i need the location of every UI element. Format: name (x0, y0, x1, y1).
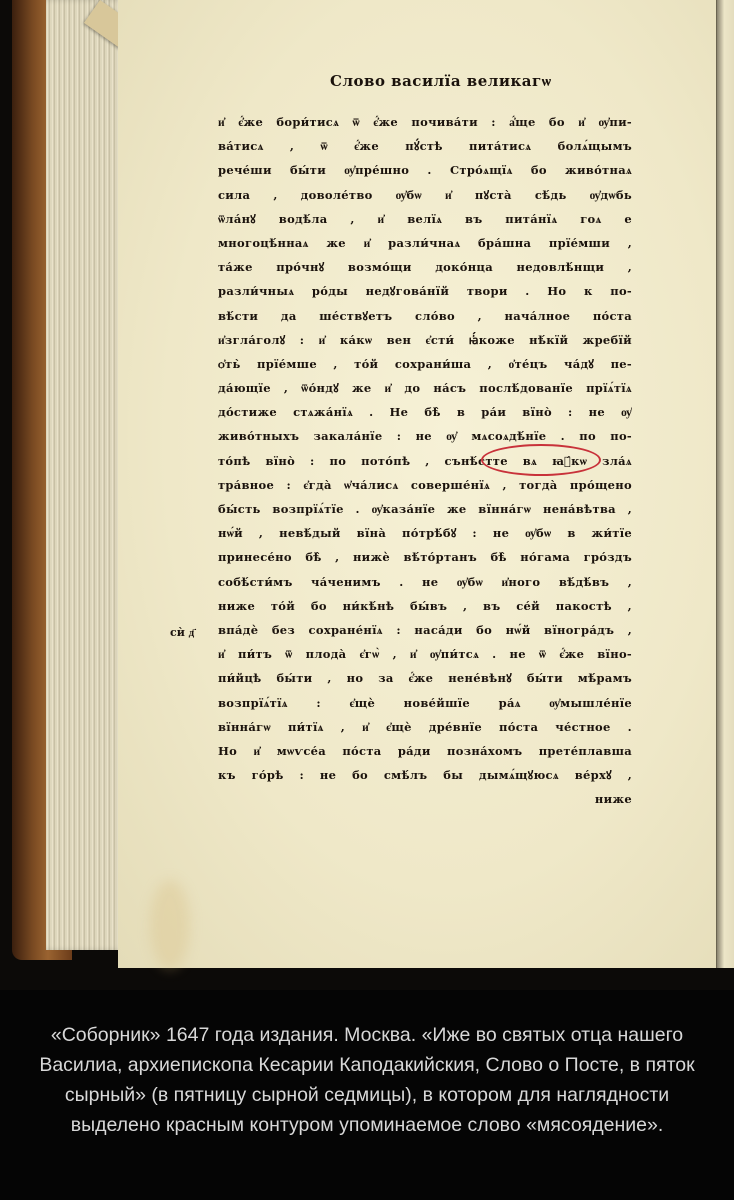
next-page-edge (716, 0, 734, 968)
text-line: до́стиже стѧжа́нїѧ . Не бѣ̀ в ра́и вїно̀… (218, 400, 632, 424)
text-line: впа́дѐ без сохране́нїѧ : наса́ди бо нѡ́й… (218, 618, 632, 642)
text-line: вѣ́сти да ше́ствꙋетъ сло́во , нача́лное … (218, 304, 632, 328)
text-line: бы́сть возпрїѧ́тїе . ѹ҆каза́нїе же вїнна… (218, 497, 632, 521)
page-title: Слово василїа великагѡ (330, 72, 551, 91)
text-line: пи́йцѣ бы́ти , но за є҆́же нене́вѣнꙋ бы́… (218, 666, 632, 690)
text-line: разли́чныѧ ро́ды недꙋгова́нїй твори . Но… (218, 279, 632, 303)
text-line: сила , доволе́тво ѹ҆бѡ и҆ пꙋста̀ сѣ́дь ѹ… (218, 183, 632, 207)
margin-note: сѝ д҃ (170, 626, 194, 639)
text-line: тра́вное : є҆гда̀ ѡ҆ча́лисѧ соверше́нїѧ … (218, 473, 632, 497)
text-line: вїнна́гѡ пи́тїѧ , и҆ є҆щѐ дре́внїе по́ст… (218, 715, 632, 739)
page-stain (150, 880, 190, 970)
text-line: и҆згла́голꙋ : и҆ ка́кѡ вен є҆сти́ ꙗ҆́кож… (218, 328, 632, 352)
caption-bar: «Соборник» 1647 года издания. Москва. «И… (0, 990, 734, 1200)
text-line: принесе́но бѣ̀ , нижѐ вѣ́то́ртанъ бѣ̀ но… (218, 545, 632, 569)
text-line: ѿла́нꙋ водѣ́ла , и҆ велїѧ въ пита́нїѧ го… (218, 207, 632, 231)
text-line: рече́ши бы́ти ѹ҆пре́шно . Стро́ѧщїѧ бо ж… (218, 158, 632, 182)
red-highlight-ellipse (481, 444, 601, 476)
text-line: Но и҆ мѡѵсе́а по́ста ра́ди позна́хомъ пр… (218, 739, 632, 763)
caption-text: «Соборник» 1647 года издания. Москва. «И… (30, 1020, 704, 1140)
text-line: нѡ́й , невѣ́дый вїна̀ по́трѣ́бꙋ : не ѹ҆б… (218, 521, 632, 545)
text-line: ниже то́й бо ни́кѣ́нѣ бы́въ , въ се́й па… (218, 594, 632, 618)
text-line: ѻ҆ть̀ прїе́мше , то́й сохрани́ша , о҆те́… (218, 352, 632, 376)
text-line: ниже (218, 787, 632, 811)
book-photo: Слово василїа великагѡ и҆ є҆́же бори́тис… (0, 0, 734, 990)
text-line: ва́тисѧ , ѿ є҆́же пꙋ́стѣ пита́тисѧ болѧ́… (218, 134, 632, 158)
text-line: многоцѣ́ннаѧ же и҆ разли́чнаѧ бра́шна пр… (218, 231, 632, 255)
text-line: возпрїѧ́тїѧ : є҆щѐ нове́йшїе ра́ѧ ѹ҆мышл… (218, 691, 632, 715)
page-edges (46, 0, 124, 950)
text-line: та́же про́чнꙋ возмо́щи доко́нца недовлѣ́… (218, 255, 632, 279)
text-line: и҆ є҆́же бори́тисѧ ѿ є҆́же почива́ти : а… (218, 110, 632, 134)
text-line: собѣ́сти́мъ ча́ченимъ . не ѹ҆бѡ и҆ного в… (218, 570, 632, 594)
text-line: къ го́рѣ : не бо смѣ́лъ бы дымѧ́щꙋюсѧ ве… (218, 763, 632, 787)
text-line: и҆ пи́тъ ѿ плода̀ є҆гѡ̀ , и҆ ѹ҆пи́тсѧ . … (218, 642, 632, 666)
text-line: да́ющїе , ѿо́ндꙋ же и҆ до на́съ послѣ́до… (218, 376, 632, 400)
